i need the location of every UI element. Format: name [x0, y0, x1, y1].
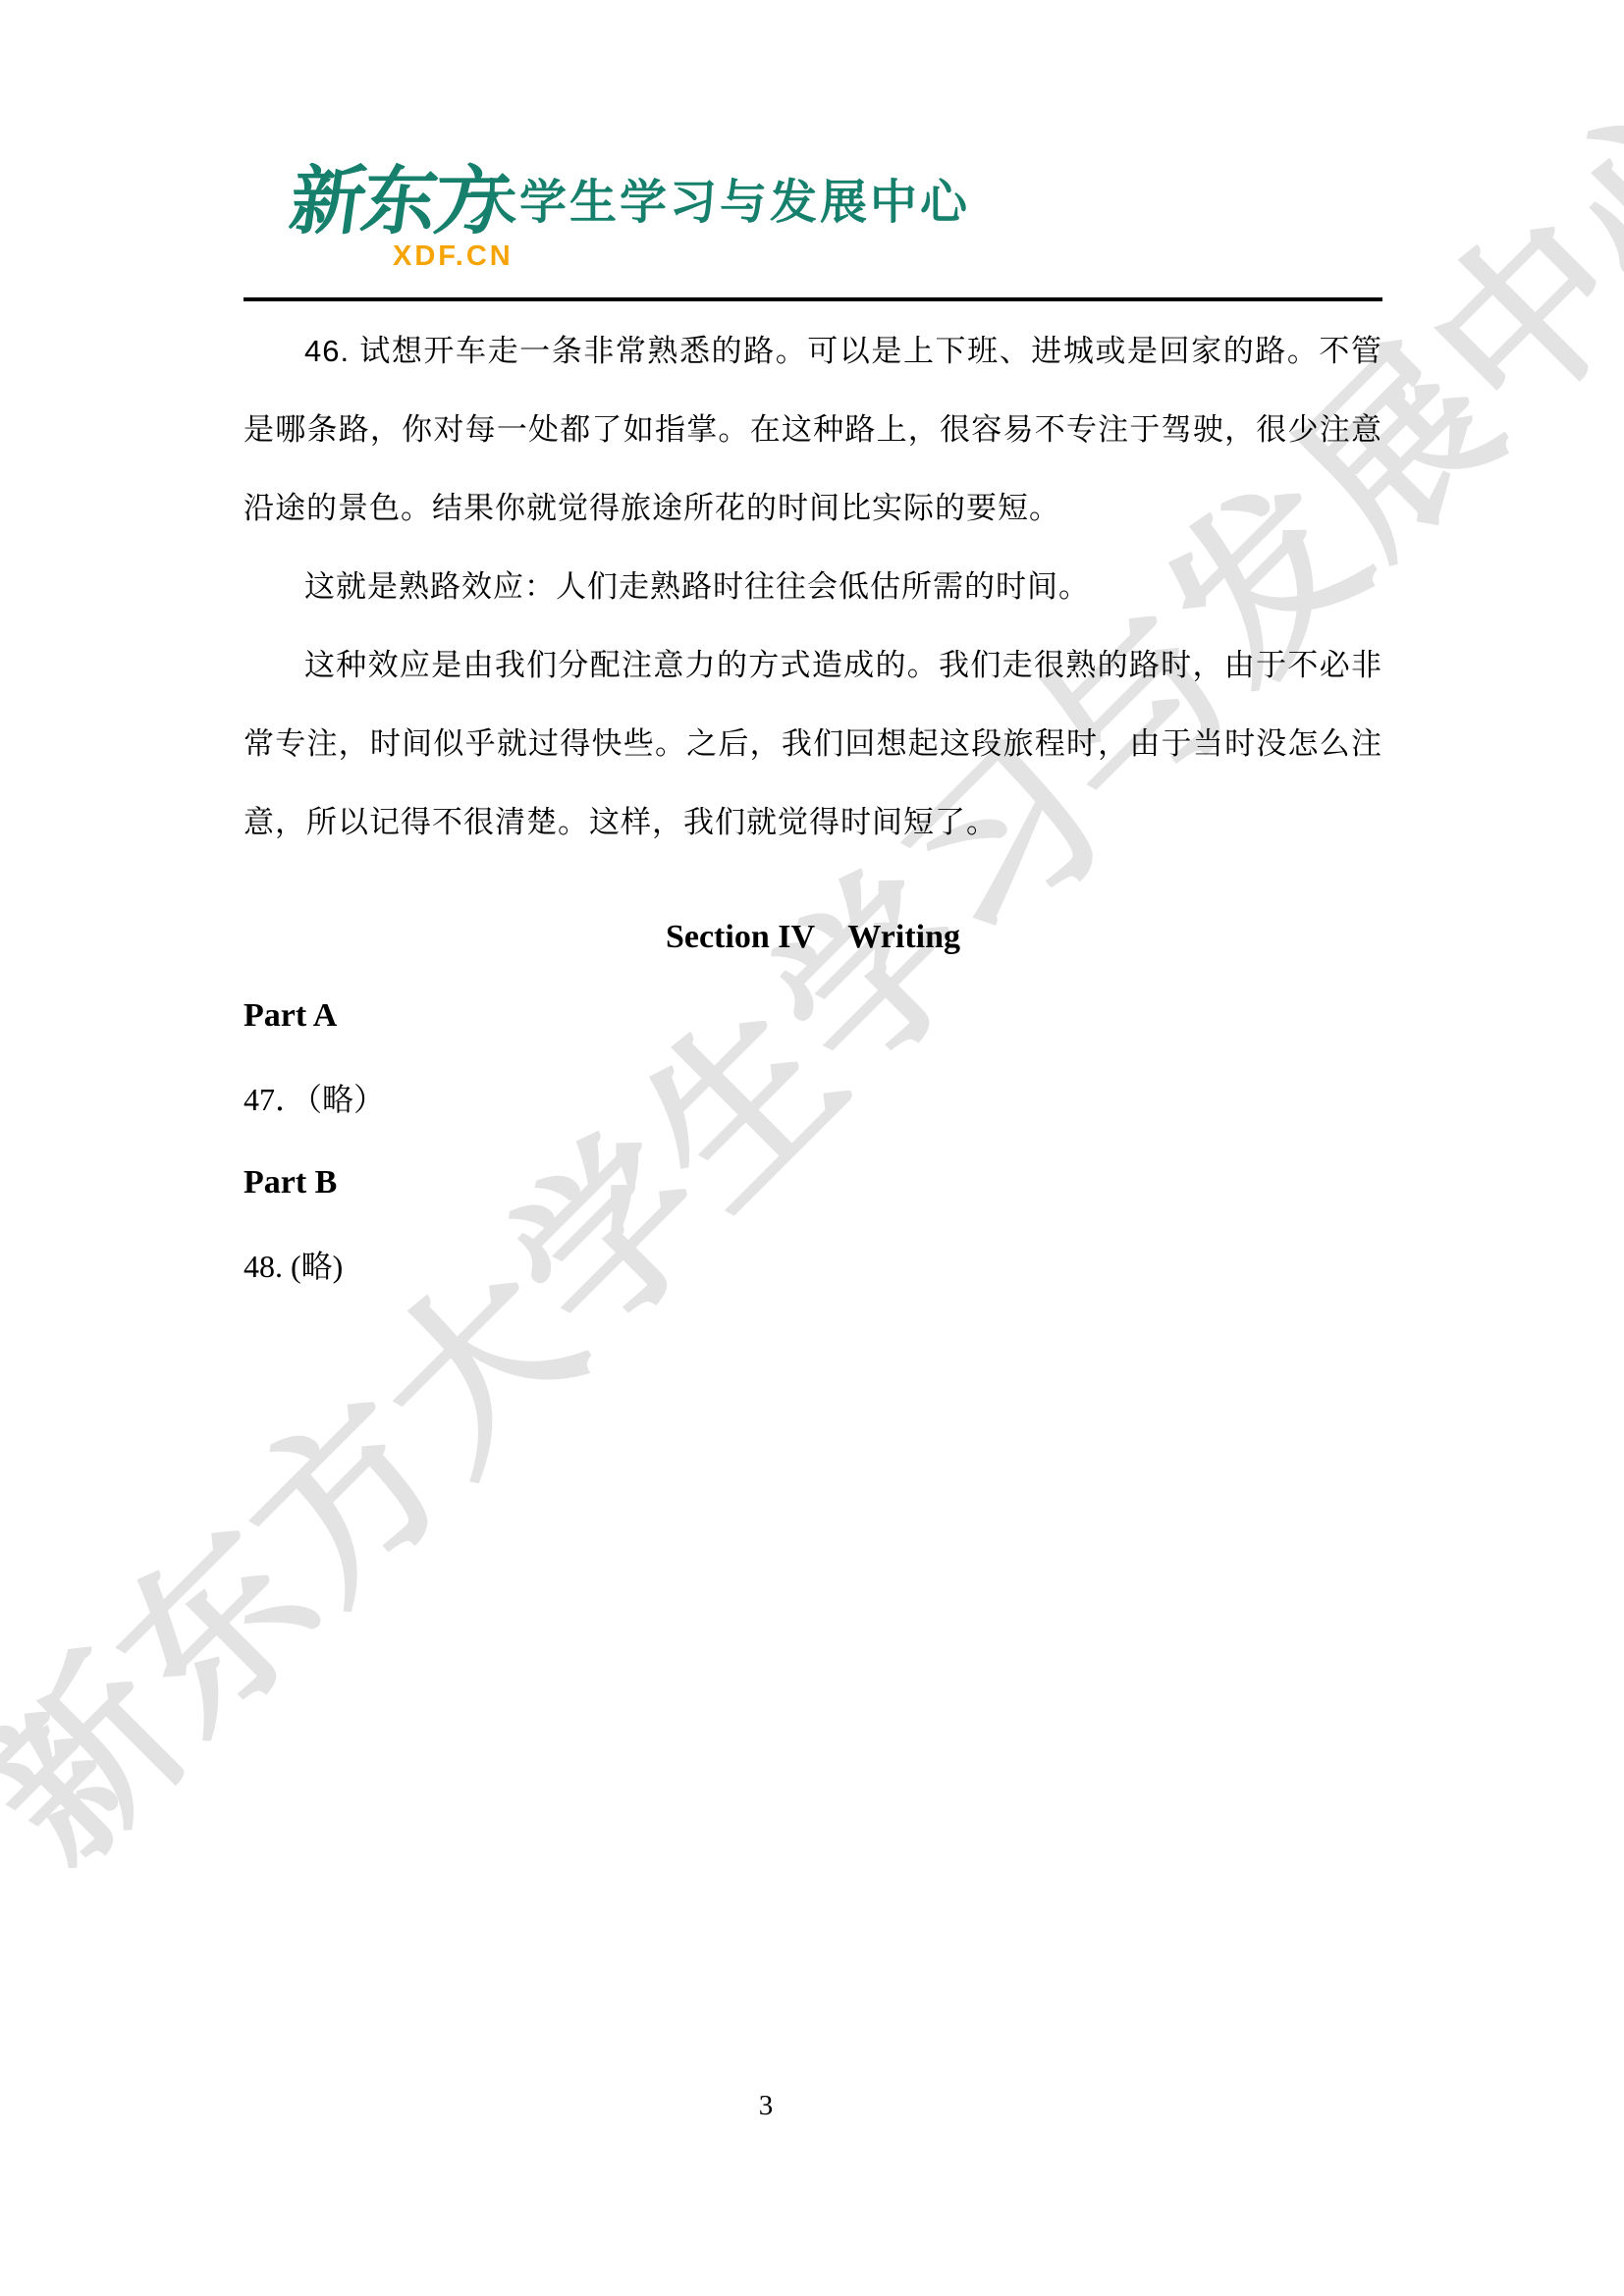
org-name-header: 大学生学习与发展中心	[469, 180, 970, 227]
xdf-logo-domain: XDF.CN	[393, 242, 514, 271]
answer-paragraph-46-part2: 这就是熟路效应：人们走熟路时往往会低估所需的时间。	[244, 548, 1382, 626]
item-47-omitted: 47．（略）	[244, 1060, 1382, 1139]
part-b-label: Part B	[244, 1144, 1382, 1222]
header-divider-rule	[244, 297, 1382, 301]
item-48-omitted: 48. (略)	[244, 1227, 1382, 1306]
section-iv-writing-heading: Section IV Writing	[244, 898, 1382, 977]
answer-paragraph-46-part3: 这种效应是由我们分配注意力的方式造成的。我们走很熟的路时，由于不必非常专注，时间…	[244, 626, 1382, 862]
part-a-label: Part A	[244, 977, 1382, 1055]
document-page: 新东方大学生学习与发展中心 新东方 XDF.CN 大学生学习与发展中心 46. …	[0, 0, 1624, 2296]
answer-paragraph-46-part1: 46. 试想开车走一条非常熟悉的路。可以是上下班、进城或是回家的路。不管是哪条路…	[244, 312, 1382, 548]
page-number: 3	[196, 2086, 1335, 2125]
